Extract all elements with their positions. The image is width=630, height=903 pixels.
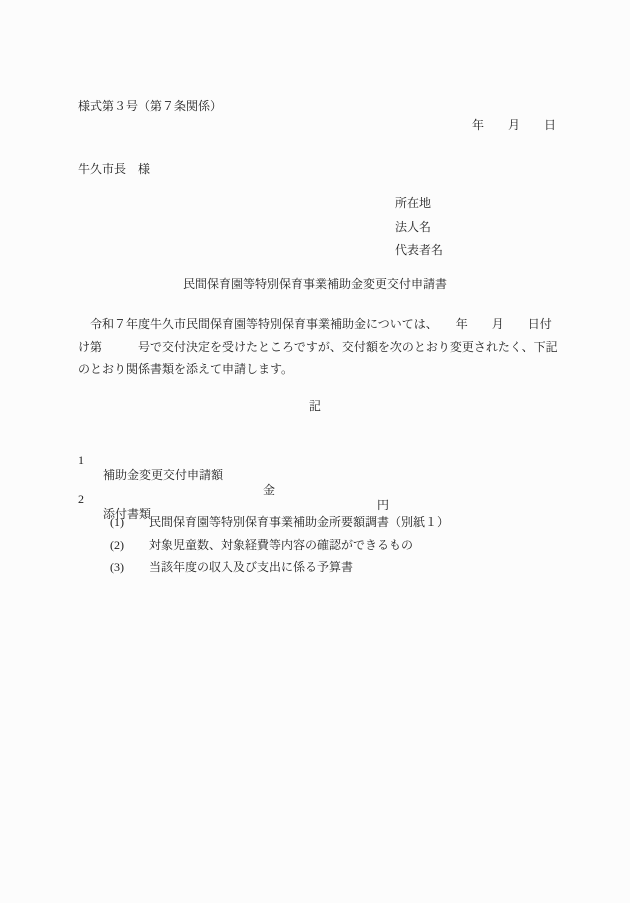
sender-representative-label: 代表者名 — [395, 243, 443, 258]
note-heading: 記 — [0, 399, 630, 414]
body-paragraph-line: 令和７年度牛久市民間保育園等特別保育事業補助金については、 年 月 日付 — [78, 317, 552, 332]
sub-item-marker: (3) — [110, 560, 149, 575]
addressee: 牛久市長 様 — [78, 162, 150, 177]
document-title: 民間保育園等特別保育事業補助金変更交付申請書 — [0, 277, 630, 292]
document-page: 様式第３号（第７条関係） 年 月 日 牛久市長 様 所在地 法人名 代表者名 民… — [0, 0, 630, 903]
sub-item-text: 当該年度の収入及び支出に係る予算書 — [149, 560, 353, 574]
attached-document-entry: (3)当該年度の収入及び支出に係る予算書 — [98, 545, 353, 590]
item-number: 2 — [78, 492, 84, 507]
date-line: 年 月 日 — [472, 118, 556, 133]
body-paragraph-line: け第 号で交付決定を受けたところですが、交付額を次のとおり変更されたく、下記 — [78, 340, 558, 355]
sender-address-label: 所在地 — [395, 196, 431, 211]
item-number: 1 — [78, 453, 84, 468]
body-paragraph-line: のとおり関係書類を添えて申請します。 — [78, 362, 293, 377]
sender-corporation-label: 法人名 — [395, 220, 431, 235]
form-number: 様式第３号（第７条関係） — [78, 99, 222, 114]
